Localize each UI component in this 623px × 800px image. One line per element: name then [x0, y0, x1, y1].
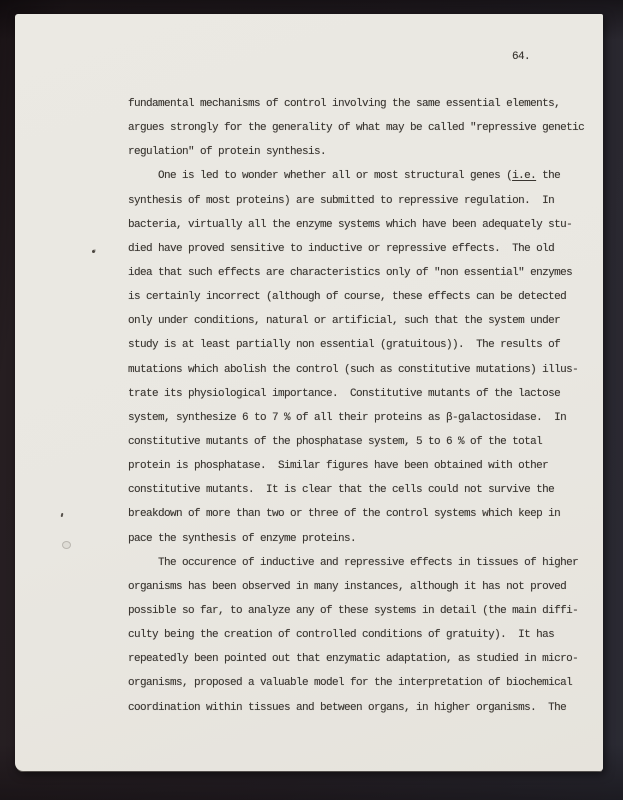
text-line: constitutive mutants. It is clear that t… — [128, 478, 584, 502]
text-line: argues strongly for the generality of wh… — [128, 116, 584, 140]
text-line: mutations which abolish the control (suc… — [128, 358, 584, 382]
text-line: regulation" of protein synthesis. — [128, 140, 584, 164]
pencil-mark — [61, 513, 64, 517]
text-line: synthesis of most proteins) are submitte… — [128, 189, 584, 213]
underlined-abbreviation: i.e. — [512, 170, 536, 182]
page-number: 64. — [512, 51, 530, 63]
text-line: protein is phosphatase. Similar figures … — [128, 454, 584, 478]
text-line: bacteria, virtually all the enzyme syste… — [128, 213, 584, 237]
text-line: breakdown of more than two or three of t… — [128, 502, 584, 526]
typewritten-text: fundamental mechanisms of control involv… — [128, 92, 584, 720]
text-line: idea that such effects are characteristi… — [128, 261, 584, 285]
text-line: One is led to wonder whether all or most… — [128, 164, 584, 188]
scanned-page: 64. fundamental mechanisms of control in… — [15, 14, 603, 771]
text-line: culty being the creation of controlled c… — [128, 623, 584, 647]
text-line: pace the synthesis of enzyme proteins. — [128, 527, 584, 551]
text-line: only under conditions, natural or artifi… — [128, 309, 584, 333]
text-segment: the — [536, 170, 560, 182]
text-line: organisms, proposed a valuable model for… — [128, 671, 584, 695]
text-line: system, synthesize 6 to 7 % of all their… — [128, 406, 584, 430]
text-line: The occurence of inductive and repressiv… — [128, 551, 584, 575]
pencil-mark — [92, 250, 95, 253]
pencil-smudge — [62, 541, 71, 549]
text-line: is certainly incorrect (although of cour… — [128, 285, 584, 309]
text-line: possible so far, to analyze any of these… — [128, 599, 584, 623]
text-line: study is at least partially non essentia… — [128, 333, 584, 357]
text-line: organisms has been observed in many inst… — [128, 575, 584, 599]
text-line: coordination within tissues and between … — [128, 696, 584, 720]
text-line: died have proved sensitive to inductive … — [128, 237, 584, 261]
text-line: constitutive mutants of the phosphatase … — [128, 430, 584, 454]
text-segment: One is led to wonder whether all or most… — [128, 170, 512, 182]
text-line: fundamental mechanisms of control involv… — [128, 92, 584, 116]
text-line: repeatedly been pointed out that enzymat… — [128, 647, 584, 671]
text-line: trate its physiological importance. Cons… — [128, 382, 584, 406]
